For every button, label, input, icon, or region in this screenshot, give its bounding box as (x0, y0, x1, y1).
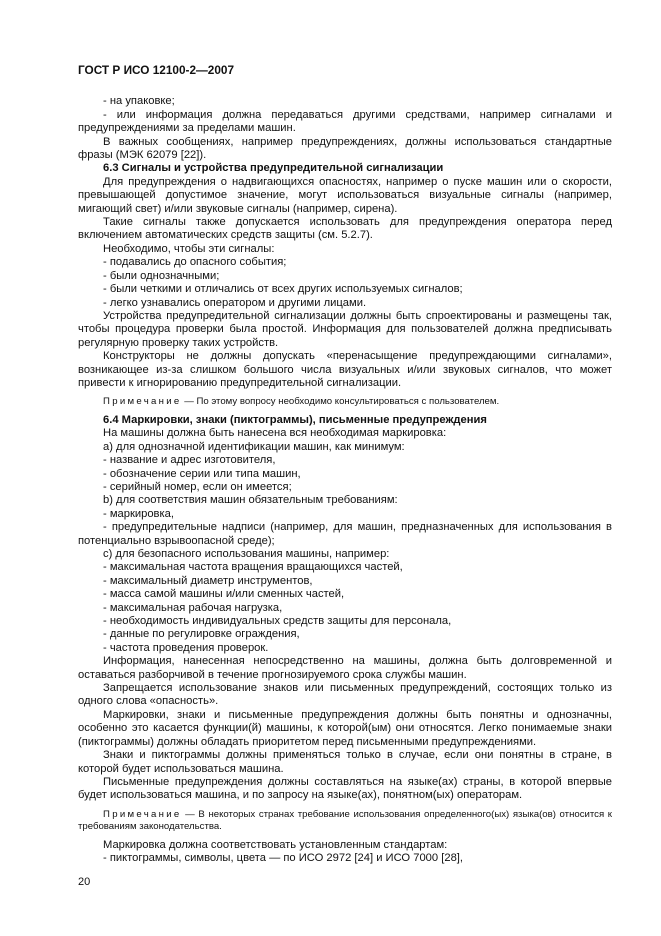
paragraph: Знаки и пиктограммы должны применяться т… (78, 749, 612, 776)
list-item: - пиктограммы, символы, цвета — по ИСО 2… (78, 852, 612, 865)
list-item: На машины должна быть нанесена вся необх… (78, 427, 612, 440)
paragraph: Такие сигналы также допускается использо… (78, 216, 612, 243)
list-item: c) для безопасного использования машины,… (78, 548, 612, 561)
note-label: Примечание (103, 396, 182, 407)
paragraph: Маркировки, знаки и письменные предупреж… (78, 709, 612, 749)
note: Примечание — В некоторых странах требова… (78, 809, 612, 834)
note-text: — По этому вопросу необходимо консультир… (182, 396, 500, 407)
list-item: - максимальный диаметр инструментов, (78, 575, 612, 588)
paragraph: Для предупреждения о надвигающихся опасн… (78, 176, 612, 216)
list-item: - серийный номер, если он имеется; (78, 481, 612, 494)
list-item: - подавались до опасного события; (78, 256, 612, 269)
list-item: - масса самой машины и/или сменных часте… (78, 588, 612, 601)
section-heading: 6.3 Сигналы и устройства предупредительн… (78, 162, 612, 175)
list-item: - частота проведения проверок. (78, 642, 612, 655)
list-item: b) для соответствия машин обязательным т… (78, 494, 612, 507)
list-item: - данные по регулировке ограждения, (78, 628, 612, 641)
list-item: - максимальная рабочая нагрузка, (78, 602, 612, 615)
paragraph: - предупредительные надписи (например, д… (78, 521, 612, 548)
paragraph: - или информация должна передаваться дру… (78, 109, 612, 136)
page-number: 20 (78, 876, 90, 888)
list-item: a) для однозначной идентификации машин, … (78, 441, 612, 454)
document-body: - на упаковке;- или информация должна пе… (78, 95, 612, 865)
paragraph: Конструкторы не должны допускать «перена… (78, 350, 612, 390)
list-item: - были однозначными; (78, 270, 612, 283)
list-item: - на упаковке; (78, 95, 612, 108)
list-item: - легко узнавались оператором и другими … (78, 297, 612, 310)
list-item: - максимальная частота вращения вращающи… (78, 561, 612, 574)
paragraph: Устройства предупредительной сигнализаци… (78, 310, 612, 350)
note-label: Примечание (103, 809, 182, 820)
document-header: ГОСТ Р ИСО 12100-2—2007 (78, 64, 612, 77)
list-item: Необходимо, чтобы эти сигналы: (78, 243, 612, 256)
list-item: - название и адрес изготовителя, (78, 454, 612, 467)
section-heading: 6.4 Маркировки, знаки (пиктограммы), пис… (78, 414, 612, 427)
paragraph: Информация, нанесенная непосредственно н… (78, 655, 612, 682)
paragraph: В важных сообщениях, например предупрежд… (78, 136, 612, 163)
note: Примечание — По этому вопросу необходимо… (78, 396, 612, 409)
list-item: Маркировка должна соответствовать устано… (78, 839, 612, 852)
list-item: - маркировка, (78, 508, 612, 521)
list-item: - были четкими и отличались от всех друг… (78, 283, 612, 296)
list-item: - обозначение серии или типа машин, (78, 468, 612, 481)
paragraph: Запрещается использование знаков или пис… (78, 682, 612, 709)
document-page: ГОСТ Р ИСО 12100-2—2007 - на упаковке;- … (78, 64, 612, 866)
paragraph: Письменные предупреждения должны составл… (78, 776, 612, 803)
list-item: - необходимость индивидуальных средств з… (78, 615, 612, 628)
